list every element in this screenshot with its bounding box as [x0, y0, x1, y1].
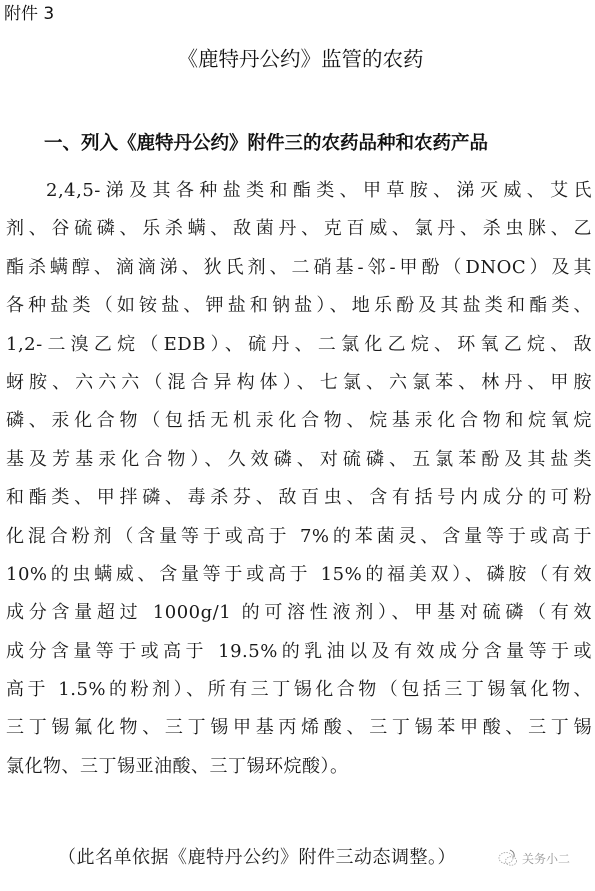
document-title: 《鹿特丹公约》监管的农药 [0, 44, 595, 74]
attachment-label: 附件 3 [4, 2, 54, 26]
body-line: 化混合粉剂（含量等于或高于 7%的苯菌灵、含量等于或高于 [6, 522, 592, 560]
body-line: 1,2-二溴乙烷（EDB）、硫丹、二氯化乙烷、环氧乙烷、敌 [6, 330, 592, 368]
body-line: 10%的虫螨威、含量等于或高于 15%的福美双）、磷胺（有效 [6, 560, 592, 598]
body-line: 氯化物、三丁锡亚油酸、三丁锡环烷酸）。 [6, 752, 592, 790]
body-line: 蚜胺、六六六（混合异构体）、七氯、六氯苯、林丹、甲胺 [6, 368, 592, 406]
body-line: 成分含量等于或高于 19.5%的乳油以及有效成分含量等于或 [6, 637, 592, 675]
body-line: 基及芳基汞化合物）、久效磷、对硫磷、五氯苯酚及其盐类 [6, 445, 592, 483]
watermark-text: 关务小二 [522, 850, 570, 867]
section-heading: 一、列入《鹿特丹公约》附件三的农药品种和农药产品 [44, 130, 488, 158]
body-line: 三丁锡氟化物、三丁锡甲基丙烯酸、三丁锡苯甲酸、三丁锡 [6, 713, 592, 751]
body-line: 和酯类、甲拌磷、毒杀芬、敌百虫、含有括号内成分的可粉 [6, 483, 592, 521]
body-line: 高于 1.5%的粉剂）、所有三丁锡化合物（包括三丁锡氧化物、 [6, 675, 592, 713]
body-line: 成分含量超过 1000g/1 的可溶性液剂）、甲基对硫磷（有效 [6, 598, 592, 636]
watermark: 关务小二 [496, 846, 570, 870]
body-line: 各种盐类（如铵盐、钾盐和钠盐）、地乐酚及其盐类和酯类、 [6, 291, 592, 329]
body-paragraph: 2,4,5-涕及其各种盐类和酯类、甲草胺、涕灭威、艾氏 剂、谷硫磷、乐杀螨、敌菌… [6, 176, 592, 790]
wechat-icon [496, 846, 520, 870]
body-line: 酯杀螨醇、滴滴涕、狄氏剂、二硝基-邻-甲酚（DNOC）及其 [6, 253, 592, 291]
dynamic-adjustment-note: （此名单依据《鹿特丹公约》附件三动态调整。） [58, 843, 456, 873]
body-line: 剂、谷硫磷、乐杀螨、敌菌丹、克百威、氯丹、杀虫脒、乙 [6, 214, 592, 252]
body-line: 磷、汞化合物（包括无机汞化合物、烷基汞化合物和烷氧烷 [6, 406, 592, 444]
body-line: 2,4,5-涕及其各种盐类和酯类、甲草胺、涕灭威、艾氏 [6, 176, 592, 214]
